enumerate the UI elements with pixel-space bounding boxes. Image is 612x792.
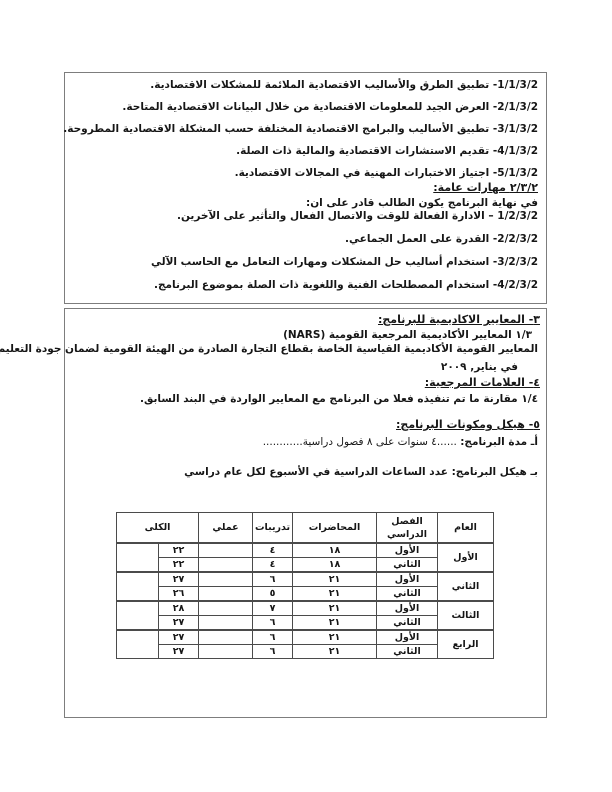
tutorials-cell: ٧: [253, 601, 293, 616]
total-extra-cell: [117, 543, 159, 572]
practical-cell: [199, 645, 253, 659]
practical-cell: [199, 572, 253, 587]
general-skill-item: 3/2/3/2- استخدام أساليب حل المشكلات ومها…: [151, 256, 538, 268]
professional-skill-item: 2/1/3/2- العرض الجيد للمعلومات الاقتصادي…: [122, 101, 538, 113]
program-structure-value: عدد الساعات الدراسية في الأسبوع لكل عام …: [184, 466, 451, 478]
table-row: الثالثالأول٢١٧٢٨: [117, 601, 494, 616]
tutorials-cell: ٤: [253, 543, 293, 558]
table-row: الثاني٢١٦٢٧: [117, 645, 494, 659]
section-4-heading: ٤- العلامات المرجعية:: [425, 377, 540, 389]
total-extra-cell: [117, 572, 159, 601]
practical-cell: [199, 587, 253, 602]
section-3-heading: ٣- المعايير الاكاديمية للبرنامج:: [378, 314, 540, 326]
lectures-cell: ٢١: [293, 572, 377, 587]
nars-description: المعايير القومية الأكاديمية القياسية الخ…: [0, 343, 538, 355]
professional-skill-item: 4/1/3/2- تقديم الاستشارات الاقتصادية وال…: [236, 145, 538, 157]
table-row: الثاني٢١٥٢٦: [117, 587, 494, 602]
semester-cell: الثاني: [377, 645, 438, 659]
general-skill-item: 2/2/3/2- القدرة على العمل الجماعي.: [345, 233, 538, 245]
program-duration-line: أـ مدة البرنامج: ......٤ سنوات على ٨ فصو…: [263, 436, 538, 448]
total-cell: ٢٧: [159, 630, 199, 645]
tutorials-cell: ٦: [253, 572, 293, 587]
header-tutorials: تدريبات: [253, 513, 293, 544]
table-row: الثانيالأول٢١٦٢٧: [117, 572, 494, 587]
document-page: 1/1/3/2- تطبيق الطرق والأساليب الاقتصادي…: [0, 0, 612, 792]
general-skill-item: 1/2/3/2 – الادارة الفعالة للوقت والاتصال…: [177, 210, 538, 222]
practical-cell: [199, 543, 253, 558]
table-header-row: العام الفصل الدراسي المحاضرات تدريبات عم…: [117, 513, 494, 544]
total-cell: ٢٧: [159, 616, 199, 631]
total-extra-cell: [117, 601, 159, 630]
practical-cell: [199, 630, 253, 645]
tutorials-cell: ٦: [253, 616, 293, 631]
header-total: الكلى: [117, 513, 199, 544]
general-skill-item: 4/2/3/2- استخدام المصطلحات الفنية واللغو…: [154, 279, 538, 291]
lectures-cell: ٢١: [293, 616, 377, 631]
practical-cell: [199, 616, 253, 631]
program-duration-value: ......٤ سنوات على ٨ فصول دراسية.........…: [263, 436, 461, 448]
program-structure-box: ٣- المعايير الاكاديمية للبرنامج: ١/٣ الم…: [64, 308, 547, 718]
professional-skill-item: 3/1/3/2- تطبيق الأساليب والبرامج الاقتصا…: [63, 123, 538, 135]
program-structure-line: بـ هيكل البرنامج: عدد الساعات الدراسية ف…: [184, 466, 538, 478]
year-cell: الثاني: [438, 572, 494, 601]
lectures-cell: ٢١: [293, 630, 377, 645]
year-cell: الأول: [438, 543, 494, 572]
semester-cell: الأول: [377, 572, 438, 587]
lectures-cell: ٢١: [293, 601, 377, 616]
tutorials-cell: ٦: [253, 630, 293, 645]
semester-cell: الثاني: [377, 587, 438, 602]
program-duration-label: أـ مدة البرنامج:: [460, 436, 538, 448]
lectures-cell: ٢١: [293, 587, 377, 602]
total-cell: ٢٢: [159, 558, 199, 573]
program-structure-label: بـ هيكل البرنامج:: [452, 466, 538, 478]
total-cell: ٢٦: [159, 587, 199, 602]
semester-cell: الأول: [377, 543, 438, 558]
semester-cell: الأول: [377, 630, 438, 645]
header-semester: الفصل الدراسي: [377, 513, 438, 544]
header-year: العام: [438, 513, 494, 544]
year-cell: الثالث: [438, 601, 494, 630]
professional-skill-item: 1/1/3/2- تطبيق الطرق والأساليب الاقتصادي…: [150, 79, 538, 91]
table-row: الأولالأول١٨٤٢٢: [117, 543, 494, 558]
weekly-hours-table: العام الفصل الدراسي المحاضرات تدريبات عم…: [116, 512, 494, 659]
table-row: الثاني٢١٦٢٧: [117, 616, 494, 631]
professional-skill-item: 5/1/3/2- اجتياز الاختبارات المهنية في ال…: [235, 167, 538, 179]
table-row: الثاني١٨٤٢٢: [117, 558, 494, 573]
general-skills-intro: في نهاية البرنامج يكون الطالب قادر على ا…: [306, 197, 538, 209]
lectures-cell: ٢١: [293, 645, 377, 659]
benchmark-item: ١/٤ مقارنة ما تم تنفيذه فعلا من البرنامج…: [140, 393, 538, 405]
total-extra-cell: [117, 630, 159, 659]
general-skills-heading: ٢/٣/٢ مهارات عامة:: [433, 182, 538, 194]
header-lectures: المحاضرات: [293, 513, 377, 544]
semester-cell: الثاني: [377, 558, 438, 573]
tutorials-cell: ٤: [253, 558, 293, 573]
total-cell: ٢٧: [159, 572, 199, 587]
program-table-body: الأولالأول١٨٤٢٢الثاني١٨٤٢٢الثانيالأول٢١٦…: [117, 543, 494, 659]
section-5-heading: ٥- هيكل ومكونات البرنامج:: [396, 419, 540, 431]
semester-cell: الأول: [377, 601, 438, 616]
lectures-cell: ١٨: [293, 558, 377, 573]
year-cell: الرابع: [438, 630, 494, 659]
practical-cell: [199, 558, 253, 573]
total-cell: ٢٢: [159, 543, 199, 558]
lectures-cell: ١٨: [293, 543, 377, 558]
tutorials-cell: ٦: [253, 645, 293, 659]
skills-section-box: 1/1/3/2- تطبيق الطرق والأساليب الاقتصادي…: [64, 72, 547, 304]
semester-cell: الثاني: [377, 616, 438, 631]
nars-title-line: ١/٣ المعايير الأكاديمية المرجعية القومية…: [283, 329, 532, 341]
tutorials-cell: ٥: [253, 587, 293, 602]
header-practical: عملي: [199, 513, 253, 544]
total-cell: ٢٧: [159, 645, 199, 659]
practical-cell: [199, 601, 253, 616]
table-row: الرابعالأول٢١٦٢٧: [117, 630, 494, 645]
nars-date: في يناير, ٢٠٠٩: [441, 361, 518, 373]
total-cell: ٢٨: [159, 601, 199, 616]
